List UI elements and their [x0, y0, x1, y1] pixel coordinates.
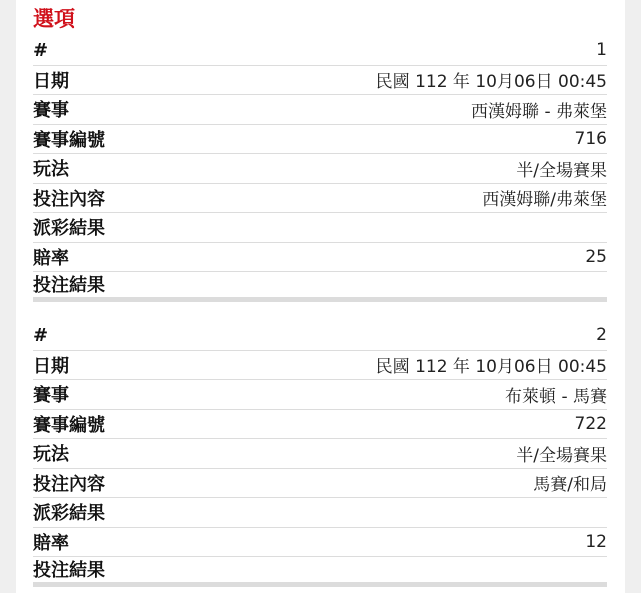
row-bet-result: 投注結果 [33, 557, 607, 587]
label: 玩法 [33, 440, 69, 466]
row-odds: 賠率12 [33, 528, 607, 558]
value: 西漢姆聯/弗萊堡 [482, 185, 607, 210]
value: 1 [596, 40, 607, 60]
label: 賽事 [33, 381, 69, 407]
value: 2 [596, 325, 607, 345]
value: 722 [575, 414, 607, 434]
section-title: 選項 [33, 4, 75, 34]
row-date: 日期民國 112 年 10月06日 00:45 [33, 66, 607, 96]
label: # [33, 40, 48, 61]
label: 賽事編號 [33, 126, 105, 152]
row-selection: 投注內容馬賽/和局 [33, 469, 607, 499]
row-match-id: 賽事編號722 [33, 410, 607, 440]
row-odds: 賠率25 [33, 243, 607, 273]
row-match-id: 賽事編號716 [33, 125, 607, 155]
row-bet-type: 玩法半/全場賽果 [33, 154, 607, 184]
label: 玩法 [33, 155, 69, 181]
row-date: 日期民國 112 年 10月06日 00:45 [33, 351, 607, 381]
row-match: 賽事布萊頓 - 馬賽 [33, 380, 607, 410]
row-number: #2 [33, 321, 607, 351]
value: 布萊頓 - 馬賽 [505, 382, 607, 407]
label: 派彩結果 [33, 499, 105, 525]
bet-group-1: #1 日期民國 112 年 10月06日 00:45 賽事西漢姆聯 - 弗萊堡 … [33, 36, 607, 302]
label: 賠率 [33, 529, 69, 555]
bet-group-2: #2 日期民國 112 年 10月06日 00:45 賽事布萊頓 - 馬賽 賽事… [33, 321, 607, 587]
label: 投注結果 [33, 271, 105, 297]
value: 半/全場賽果 [516, 156, 607, 181]
value: 12 [585, 532, 607, 552]
label: 投注內容 [33, 185, 105, 211]
row-payout-result: 派彩結果 [33, 213, 607, 243]
label: 投注內容 [33, 470, 105, 496]
label: 投注結果 [33, 556, 105, 582]
row-bet-result: 投注結果 [33, 272, 607, 302]
label: # [33, 325, 48, 346]
value: 716 [575, 129, 607, 149]
value: 民國 112 年 10月06日 00:45 [376, 67, 607, 92]
row-payout-result: 派彩結果 [33, 498, 607, 528]
label: 賠率 [33, 244, 69, 270]
row-selection: 投注內容西漢姆聯/弗萊堡 [33, 184, 607, 214]
value: 西漢姆聯 - 弗萊堡 [471, 97, 607, 122]
label: 日期 [33, 67, 69, 93]
value: 民國 112 年 10月06日 00:45 [376, 352, 607, 377]
value: 半/全場賽果 [516, 441, 607, 466]
row-number: #1 [33, 36, 607, 66]
value: 馬賽/和局 [533, 470, 607, 495]
value: 25 [585, 247, 607, 267]
label: 日期 [33, 352, 69, 378]
label: 賽事編號 [33, 411, 105, 437]
row-match: 賽事西漢姆聯 - 弗萊堡 [33, 95, 607, 125]
label: 派彩結果 [33, 214, 105, 240]
label: 賽事 [33, 96, 69, 122]
row-bet-type: 玩法半/全場賽果 [33, 439, 607, 469]
